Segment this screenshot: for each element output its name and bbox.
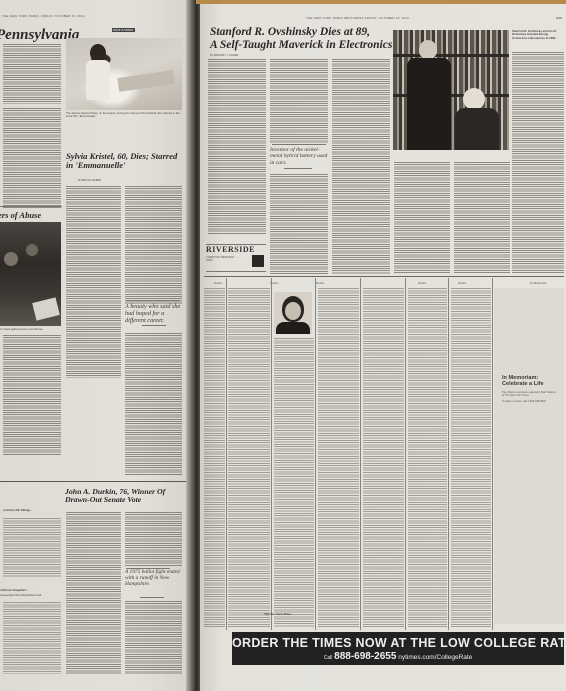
- ovshinsky-text-col4: [394, 162, 450, 274]
- ovshinsky-photo-caption: Stanford R. Ovshinsky and Iris M. Ovshin…: [512, 30, 564, 40]
- section-rule: [0, 481, 186, 482]
- pullquote-durkin: A 1975 ballot fight ended with a runoff …: [125, 569, 181, 588]
- ad-url[interactable]: nytimes.com/CollegeRate: [398, 654, 472, 661]
- column-rule: [405, 278, 406, 630]
- article-headline-durkin: John A. Durkin, 76, Winner Of Drawn-Out …: [65, 488, 185, 504]
- paid-notice-column: [274, 338, 314, 628]
- paid-notice-column: [228, 288, 270, 628]
- pullquote-rule: [272, 144, 326, 145]
- riverside-ad-box: RIVERSIDE CHRISTIAN MEMORIAL PARK: [206, 244, 266, 272]
- paid-notice-column: [363, 288, 404, 628]
- sidebar-headline-1: a Hold in Rai Killings: [3, 509, 61, 512]
- pullquote-rule: [126, 300, 180, 301]
- sidebar-text-2: [3, 602, 61, 674]
- crowd-photo: [0, 222, 61, 326]
- riverside-subtitle: CHRISTIAN MEMORIAL PARK: [206, 256, 240, 262]
- paid-notice-header: Deaths: [404, 281, 440, 285]
- sidebar-headline-2: of Dinner Daughters: [0, 589, 60, 592]
- sylvia-kristel-photo: [66, 38, 182, 110]
- photo-caption: The actress Sylvia Kristel, on the beach…: [66, 112, 182, 119]
- kristel-text-col1: [66, 186, 121, 378]
- college-rate-ad-banner[interactable]: ORDER THE TIMES NOW AT THE LOW COLLEGE R…: [232, 632, 564, 665]
- paid-notice-header: Deaths: [444, 281, 480, 285]
- durkin-text-col3: [125, 601, 182, 674]
- ovshinsky-text-col2: [270, 59, 328, 143]
- paid-notice-header: Deaths: [208, 281, 228, 285]
- ovshinsky-text-col1: [208, 59, 266, 235]
- ovshinsky-text-col3: [332, 59, 390, 274]
- left-section-label: OBITUARIES: [112, 28, 135, 32]
- durkin-text-col1: [66, 512, 121, 674]
- pullquote-kristel: A beauty who said she had hoped for a di…: [125, 303, 181, 324]
- ad-contact-line: Call 888-698-2655 nytimes.com/CollegeRat…: [232, 651, 564, 662]
- column-rule: [360, 278, 361, 630]
- column-rule: [448, 278, 449, 630]
- byline-ovshinsky: By BARNABY J. FEDER: [210, 54, 238, 57]
- abuse-text-column: [3, 335, 61, 455]
- paid-notice-header: Deaths: [256, 281, 292, 285]
- ad-phone-number: 888-698-2655: [334, 651, 396, 662]
- durkin-text-col2: [125, 512, 182, 567]
- paid-notice-column: [318, 288, 359, 628]
- sidebar-subhead-2: Suspended After Republican Call: [0, 594, 60, 597]
- pullquote-rule: [140, 597, 164, 598]
- pullquote-rule: [284, 168, 312, 169]
- paid-notices-top-rule: [204, 276, 564, 277]
- paid-notice-column: [204, 288, 225, 628]
- kristel-text-col3: [125, 333, 182, 475]
- left-folio: THE NEW YORK TIMES, FRIDAY, OCTOBER 19, …: [2, 14, 85, 18]
- article-headline-kristel: Sylvia Kristel, 60, Dies; Starred in 'Em…: [66, 152, 186, 170]
- ovshinsky-text-col5: [454, 162, 510, 274]
- paid-notice-column: [408, 288, 447, 628]
- column-rule: [492, 278, 493, 630]
- column-rule: [226, 278, 227, 630]
- left-text-column: [3, 44, 61, 104]
- paid-notice-header: In Memoriam: [518, 281, 558, 285]
- in-memoriam-body: Pay tribute to someone special in Paid N…: [502, 391, 558, 398]
- abuse-headline: ers of Abuse: [0, 211, 41, 220]
- riverside-title: RIVERSIDE: [206, 245, 266, 254]
- column-rule: [271, 278, 272, 630]
- nyt-signature: The New York Times: [264, 612, 291, 616]
- in-memoriam-box: In Memoriam: Celebrate a Life Pay tribut…: [494, 288, 564, 624]
- byline-kristel: By BRUCE WEBER: [78, 179, 101, 182]
- ad-headline: ORDER THE TIMES NOW AT THE LOW COLLEGE R…: [232, 632, 564, 650]
- crowd-photo-caption: A crowd gathering at a courthouse.: [0, 328, 61, 331]
- main-headline-line2: A Self-Taught Maverick in Electronics: [210, 39, 392, 51]
- pullquote-ovshinsky: Inventor of the nickel-metal hybrid batt…: [270, 147, 330, 166]
- sidebar-text-1: [3, 518, 61, 578]
- ovshinsky-photo: [393, 30, 509, 150]
- riverside-thumbnail: [252, 255, 264, 267]
- ad-call-label: Call: [324, 655, 333, 661]
- paid-notice-column: [451, 288, 491, 628]
- left-text-column: [3, 108, 61, 208]
- pullquote-rule: [142, 325, 166, 326]
- in-memoriam-title: In Memoriam: Celebrate a Life: [502, 376, 558, 388]
- column-rule: [315, 278, 316, 630]
- page-number: A25: [556, 16, 562, 20]
- right-folio: THE NEW YORK TIMES OBITUARIES FRIDAY, OC…: [306, 16, 409, 20]
- ovshinsky-text-col6: [512, 52, 564, 274]
- ovshinsky-text-col2b: [270, 174, 328, 274]
- in-memoriam-footer: To place a notice, call 1-800-458-5522: [502, 400, 558, 403]
- main-headline-line1: Stanford R. Ovshinsky Dies at 89,: [210, 26, 370, 38]
- right-newspaper-page: THE NEW YORK TIMES OBITUARIES FRIDAY, OC…: [200, 4, 566, 691]
- left-newspaper-page: THE NEW YORK TIMES, FRIDAY, OCTOBER 19, …: [0, 0, 190, 691]
- kristel-text-col2: [125, 186, 182, 304]
- paid-notice-header: Deaths: [302, 281, 338, 285]
- section-rule: [0, 206, 62, 207]
- paid-notice-portrait: [274, 292, 312, 334]
